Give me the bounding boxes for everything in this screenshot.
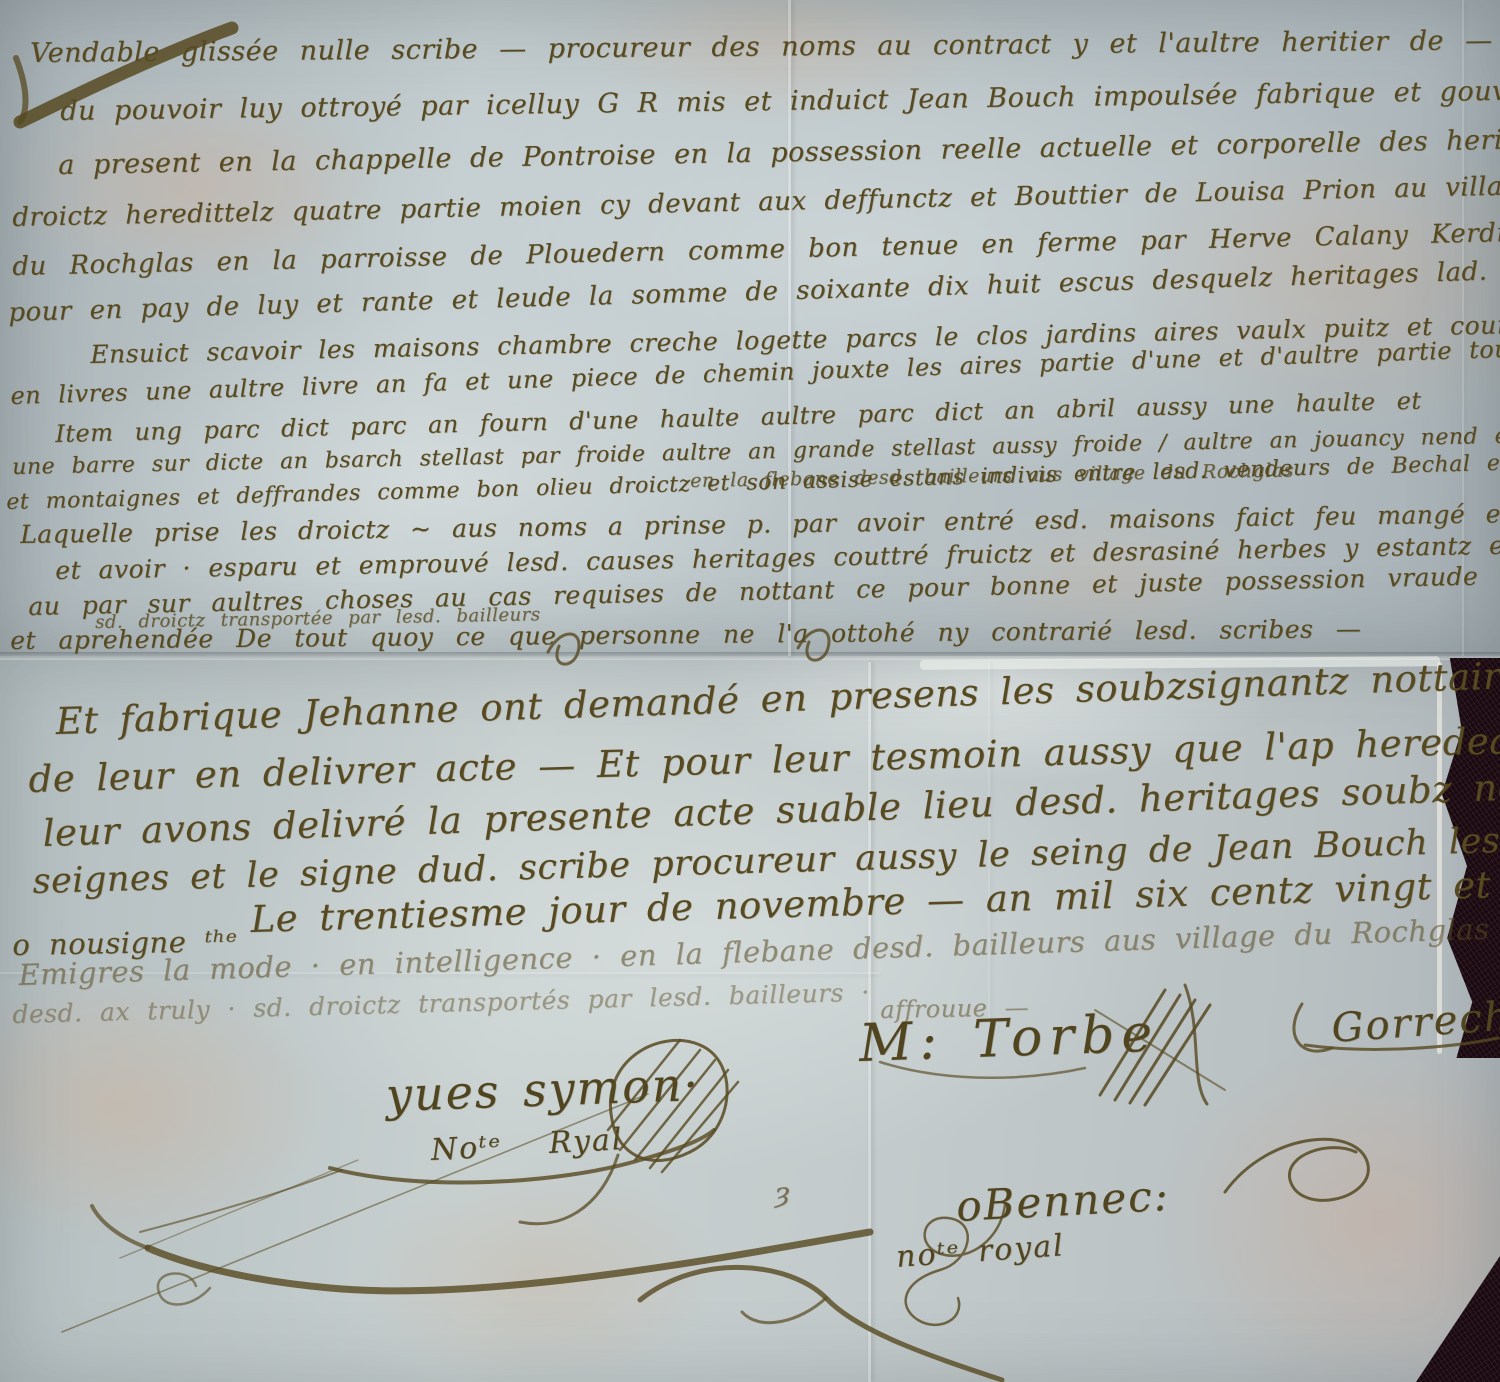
- symon-paraph: [140, 1040, 738, 1232]
- gorrech-flourish: [1294, 1004, 1498, 1051]
- bennec-flourish: [92, 1139, 1368, 1325]
- paraph-squiggle: [548, 634, 579, 664]
- signature-underline: [330, 1130, 714, 1182]
- heart-inner-loop: [742, 1298, 826, 1323]
- pen-flourishes: [0, 0, 1500, 1382]
- heart-sweep-stroke: [640, 1267, 1002, 1380]
- paraph-cascade-loops: [906, 1205, 1005, 1325]
- paraph-tail: [520, 1155, 618, 1224]
- paraph-zigzag: [1185, 985, 1207, 1104]
- paraph-squiggle: [798, 630, 829, 660]
- torbe-paraph: [880, 985, 1225, 1105]
- initial-diagonal-stroke: [20, 28, 232, 122]
- opening-initial-stroke: [16, 28, 232, 122]
- end-of-text-paraphs: [548, 630, 829, 664]
- manuscript-photo: Vendable glissée nulle scribe — procureu…: [0, 0, 1500, 1382]
- paraph-crossline: [1095, 1010, 1225, 1090]
- signature-underline: [1305, 1038, 1498, 1049]
- thin-diagonal-stroke: [62, 1094, 648, 1332]
- small-loop: [158, 1273, 210, 1304]
- paraph-double-loop: [1225, 1139, 1368, 1200]
- thin-diagonal-stroke: [120, 1160, 358, 1258]
- long-sweep-stroke: [148, 1232, 870, 1291]
- long-sweep-hook: [92, 1206, 148, 1248]
- initial-hook-stroke: [16, 58, 26, 122]
- signature-underline: [880, 1062, 1085, 1078]
- signature-loop: [1294, 1004, 1332, 1051]
